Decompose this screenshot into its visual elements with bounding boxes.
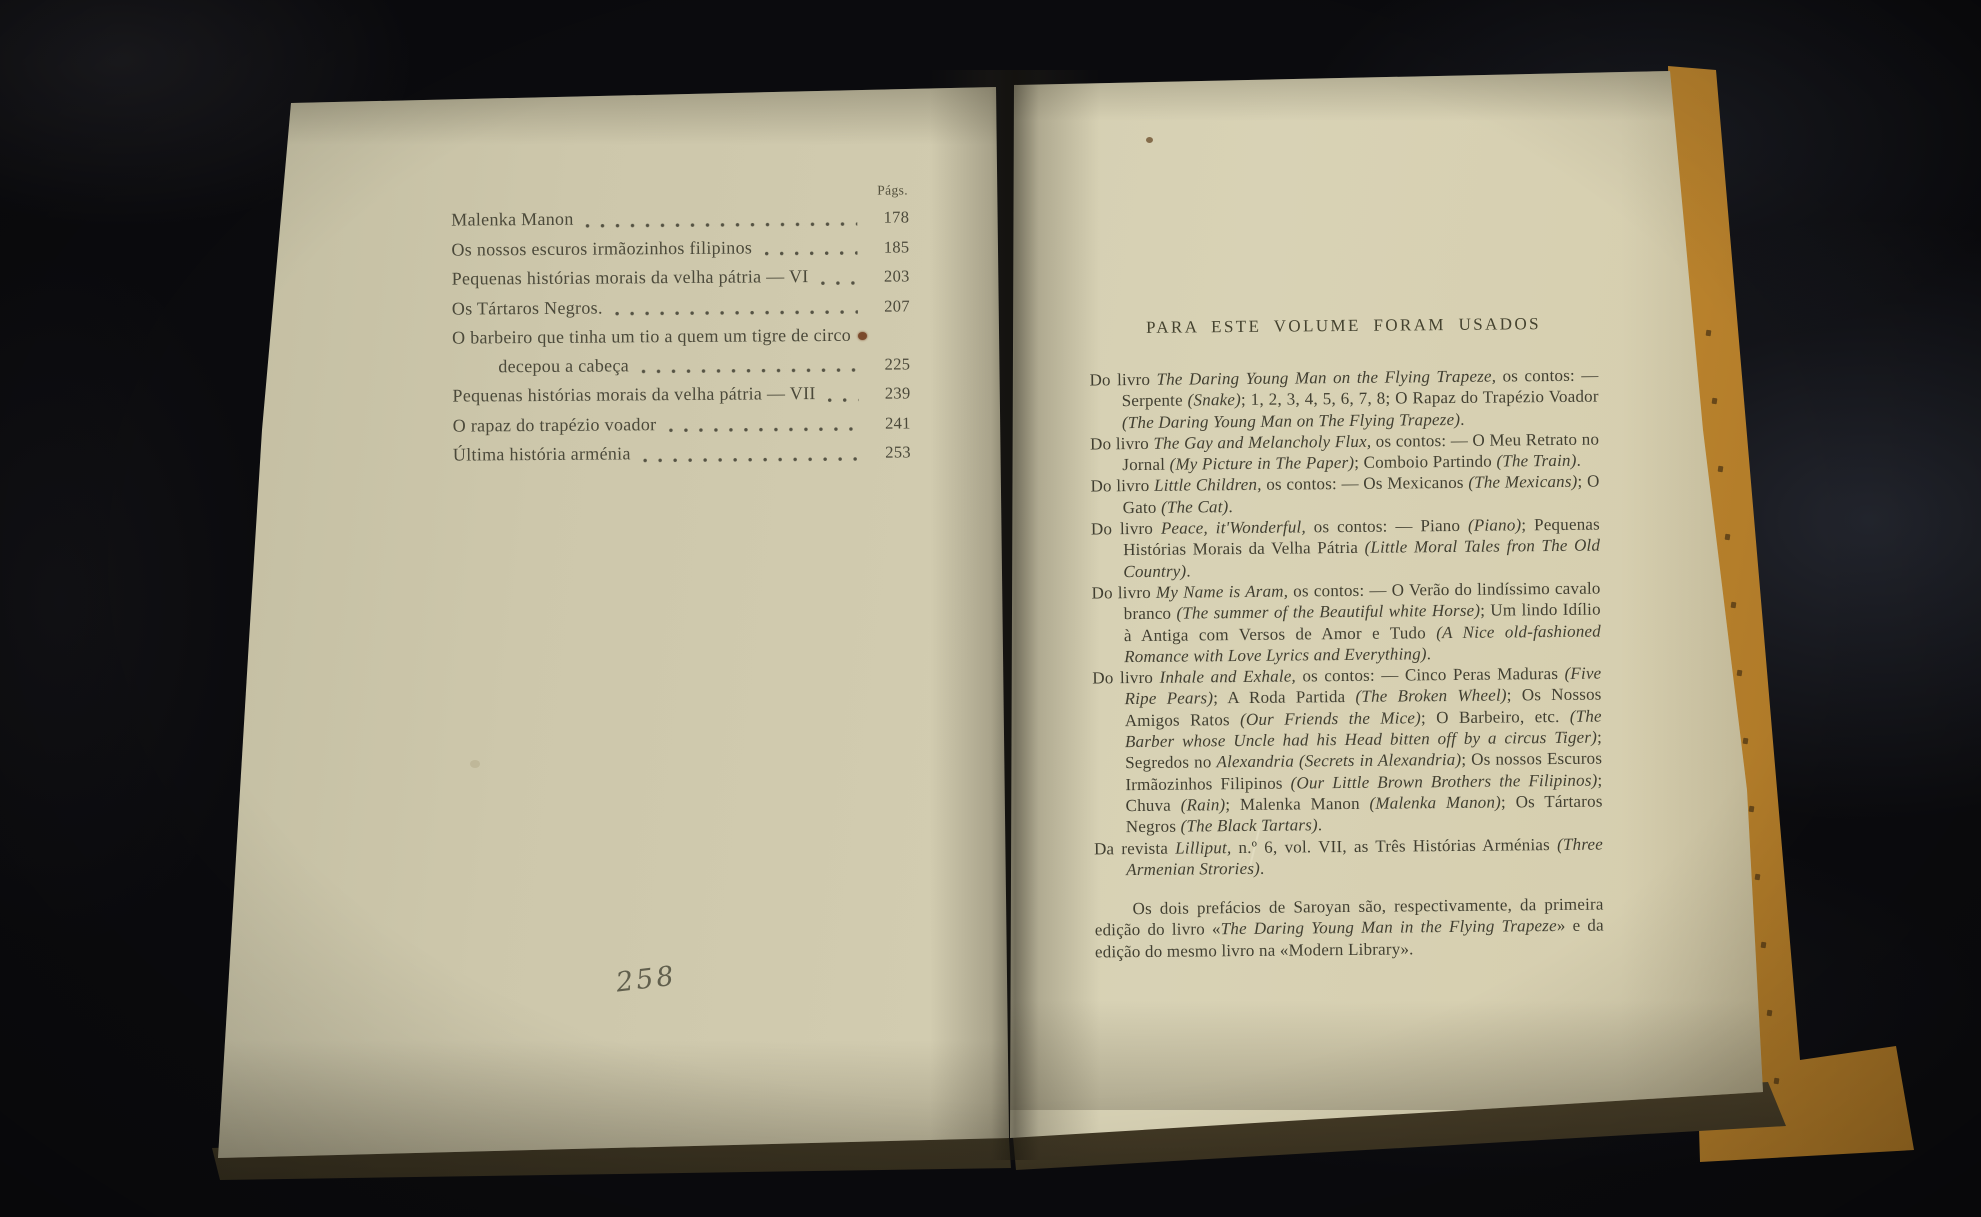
photo-vignette (0, 0, 1981, 1217)
photo-scene: PARA ESTE VOLUME FORAM USADOS Do livro T… (0, 0, 1981, 1217)
